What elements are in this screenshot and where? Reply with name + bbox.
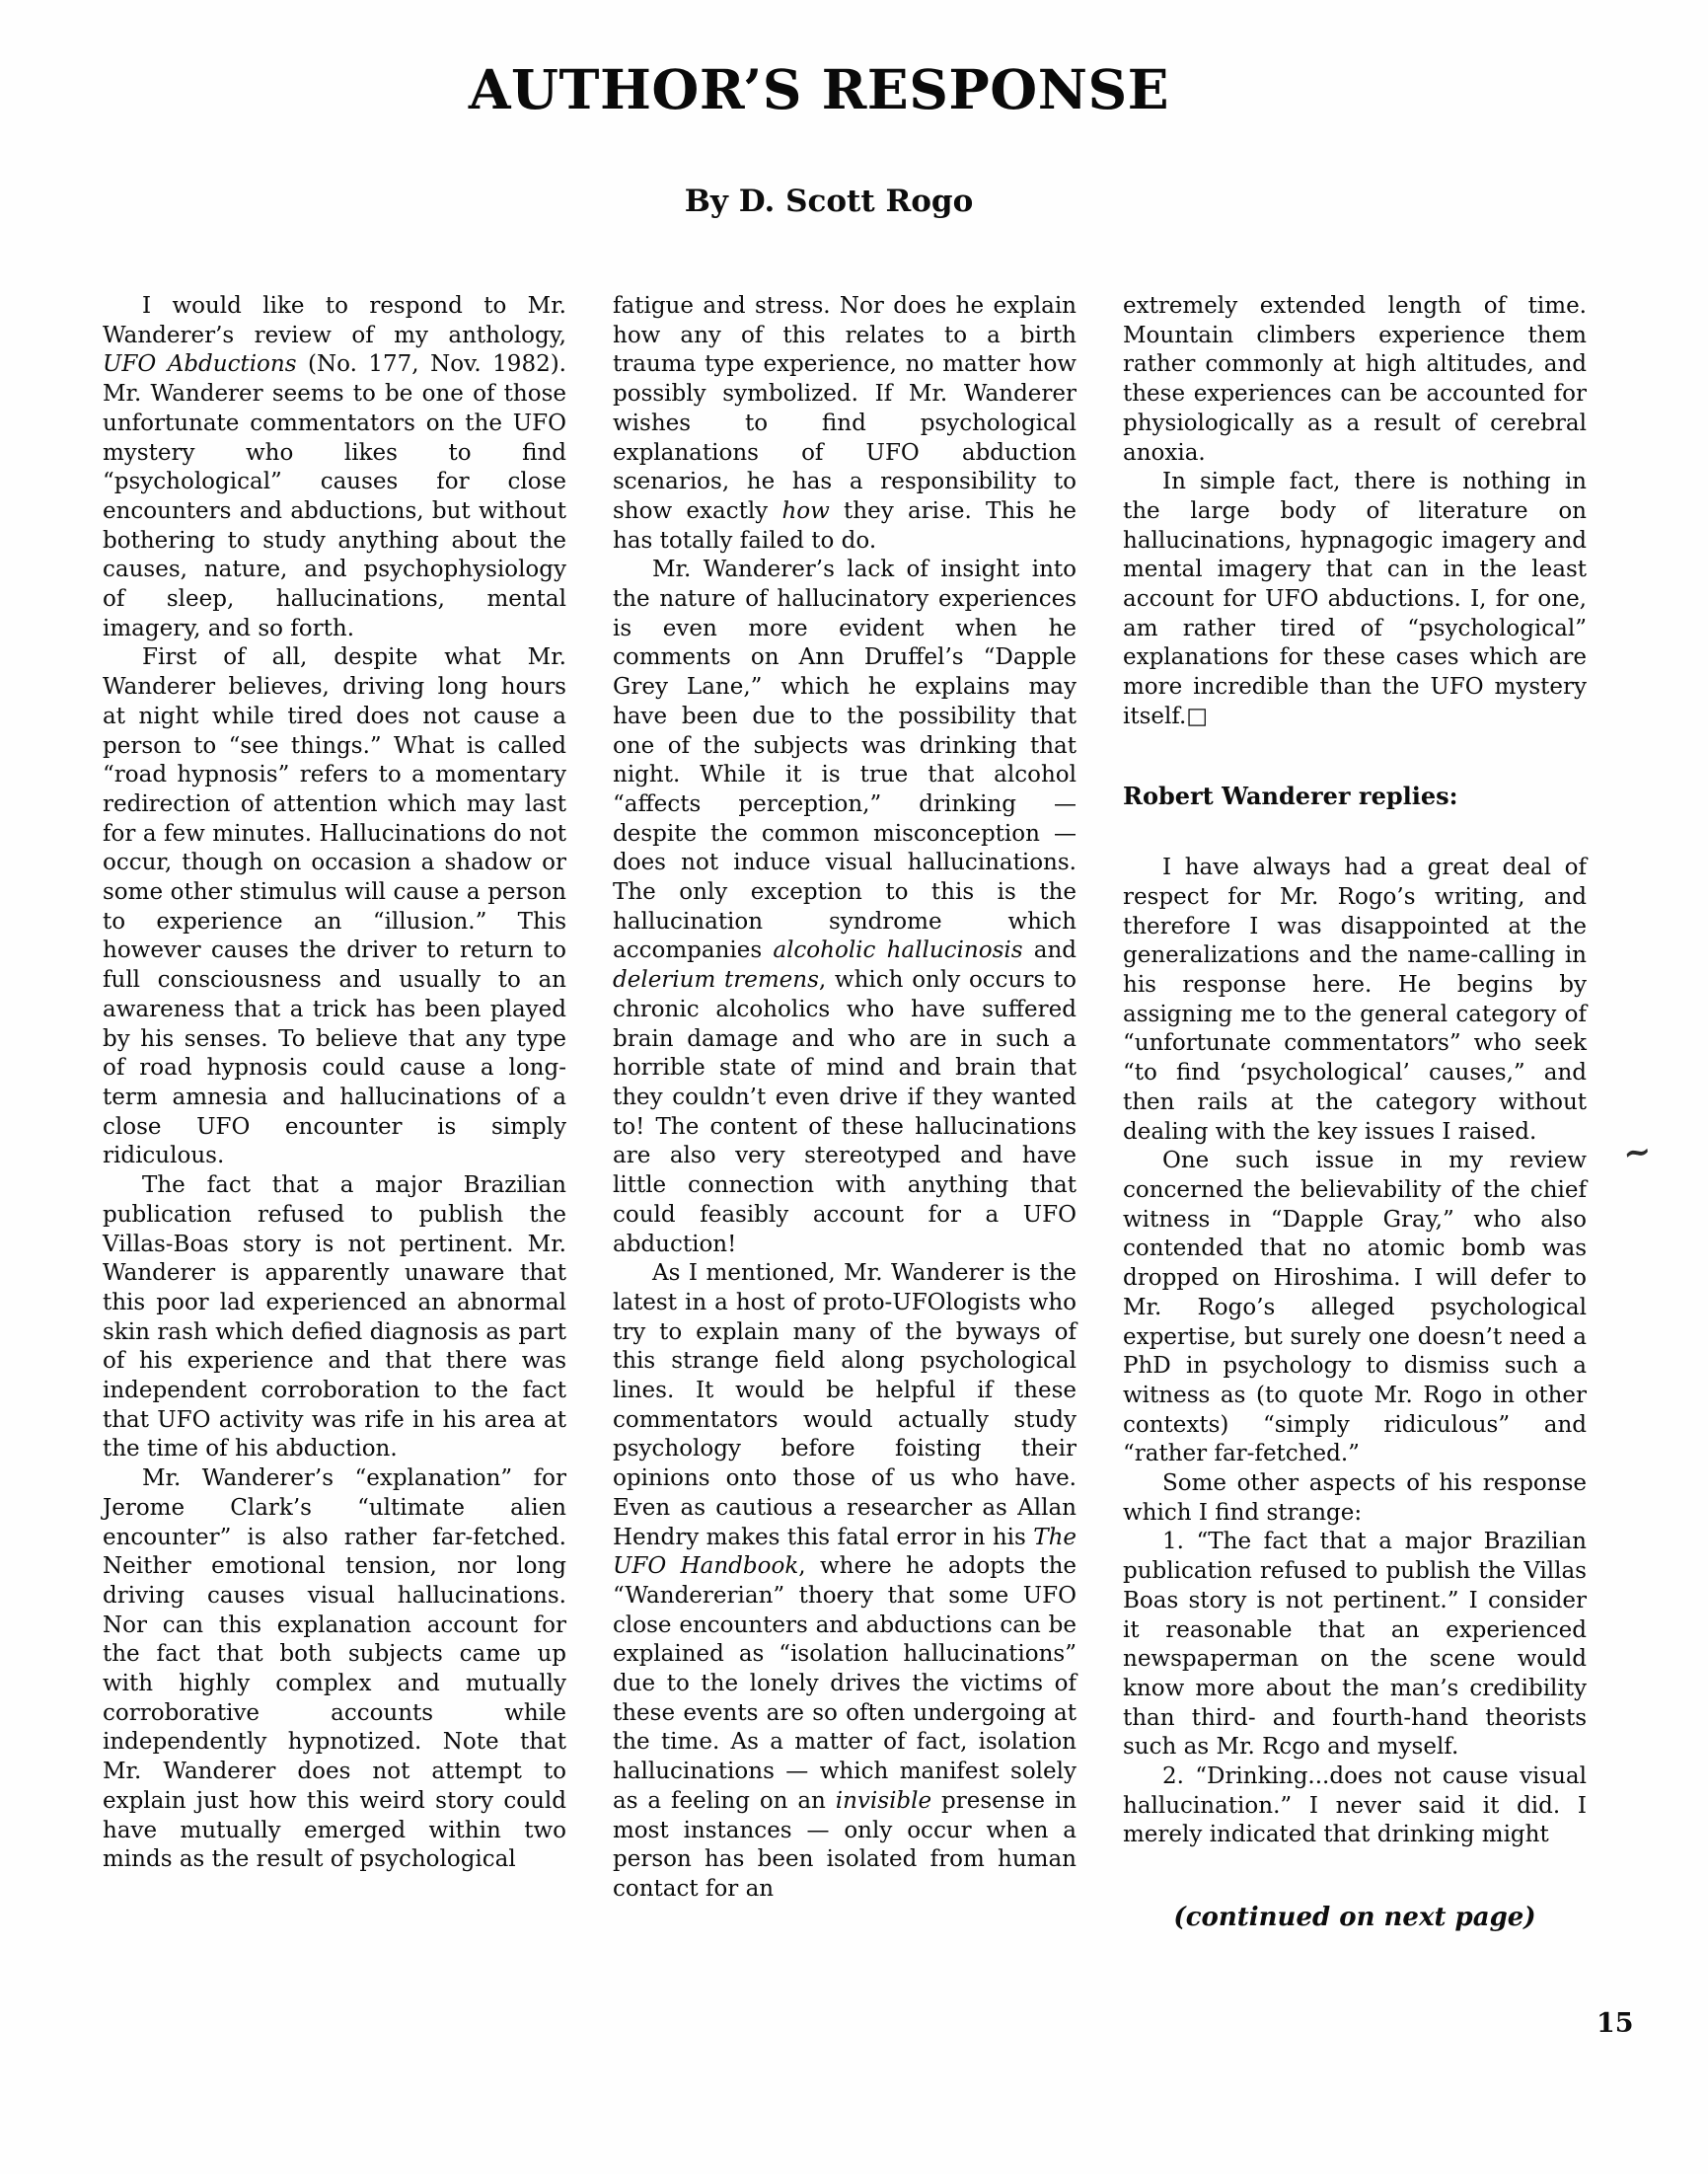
italic-text: invisible bbox=[836, 1788, 931, 1814]
paragraph-rogo-3: The fact that a major Brazilian publicat… bbox=[103, 1171, 566, 1464]
body-text: (No. 177, Nov. 1982). Mr. Wanderer seems… bbox=[103, 351, 566, 640]
italic-text: UFO Abductions bbox=[103, 351, 297, 377]
body-text: In simple fact, there is nothing in the … bbox=[1123, 469, 1587, 729]
paragraph-rogo-1: I would like to respond to Mr. Wanderer’… bbox=[103, 292, 566, 643]
body-text: Robert Wanderer replies: bbox=[1123, 782, 1458, 810]
body-text: I have always had a great deal of respec… bbox=[1123, 855, 1587, 1144]
body-text: Mr. Wanderer’s “explanation” for Jerome … bbox=[103, 1465, 566, 1872]
paragraph-rogo-7: As I mentioned, Mr. Wanderer is the late… bbox=[613, 1259, 1077, 1904]
paragraph-rogo-5: fatigue and stress. Nor does he explain … bbox=[613, 292, 1077, 556]
scan-stray-mark: ~ bbox=[1620, 1131, 1654, 1174]
paragraph-wanderer-5: 2. “Drinking...does not cause visual hal… bbox=[1123, 1762, 1587, 1850]
body-text: I would like to respond to Mr. Wanderer’… bbox=[103, 293, 566, 348]
continued-note: (continued on next page) bbox=[1123, 1904, 1587, 1933]
body-text: One such issue in my review concerned th… bbox=[1123, 1148, 1587, 1466]
body-text: As I mentioned, Mr. Wanderer is the late… bbox=[613, 1260, 1077, 1549]
body-text: Some other aspects of his response which… bbox=[1123, 1470, 1587, 1526]
body-text: Mr. Wanderer’s lack of insight into the … bbox=[613, 557, 1077, 963]
paragraph-wanderer-1: I have always had a great deal of respec… bbox=[1123, 854, 1587, 1147]
column-2: fatigue and stress. Nor does he explain … bbox=[613, 292, 1077, 1933]
body-text: The fact that a major Brazilian publicat… bbox=[103, 1172, 566, 1462]
paragraph-wanderer-3: Some other aspects of his response which… bbox=[1123, 1469, 1587, 1528]
paragraph-wanderer-4: 1. “The fact that a major Brazilian publ… bbox=[1123, 1528, 1587, 1762]
italic-text: how bbox=[781, 498, 829, 524]
body-text: (continued on next page) bbox=[1173, 1903, 1535, 1932]
paragraph-rogo-2: First of all, despite what Mr. Wanderer … bbox=[103, 643, 566, 1171]
body-text: 1. “The fact that a major Brazilian publ… bbox=[1123, 1529, 1587, 1760]
body-text: , which only occurs to chronic alcoholic… bbox=[613, 967, 1077, 1256]
article-byline: By D. Scott Rogo bbox=[0, 184, 1658, 219]
body-text: , where he adopts the “Wandererian” thoe… bbox=[613, 1553, 1077, 1814]
reply-heading: Robert Wanderer replies: bbox=[1123, 782, 1587, 811]
page-number: 15 bbox=[1597, 2008, 1634, 2039]
column-1: I would like to respond to Mr. Wanderer’… bbox=[103, 292, 566, 1933]
paragraph-rogo-4: Mr. Wanderer’s “explanation” for Jerome … bbox=[103, 1464, 566, 1875]
paragraph-wanderer-2: One such issue in my review concerned th… bbox=[1123, 1147, 1587, 1469]
body-text: 2. “Drinking...does not cause visual hal… bbox=[1123, 1763, 1587, 1847]
body-text: fatigue and stress. Nor does he explain … bbox=[613, 293, 1077, 524]
article-title: AUTHOR’S RESPONSE bbox=[0, 57, 1638, 121]
body-text: and bbox=[1023, 937, 1077, 963]
body-text: extremely extended length of time. Mount… bbox=[1123, 293, 1587, 466]
text-columns: I would like to respond to Mr. Wanderer’… bbox=[103, 292, 1587, 1933]
paragraph-rogo-8: extremely extended length of time. Mount… bbox=[1123, 292, 1587, 468]
scanned-document-page: AUTHOR’S RESPONSE By D. Scott Rogo I wou… bbox=[0, 0, 1708, 2174]
paragraph-rogo-9: In simple fact, there is nothing in the … bbox=[1123, 468, 1587, 731]
body-text: First of all, despite what Mr. Wanderer … bbox=[103, 644, 566, 1168]
italic-text: alcoholic hallucinosis bbox=[773, 937, 1022, 963]
column-3: extremely extended length of time. Mount… bbox=[1123, 292, 1587, 1933]
paragraph-rogo-6: Mr. Wanderer’s lack of insight into the … bbox=[613, 556, 1077, 1259]
italic-text: delerium tremens bbox=[613, 967, 819, 993]
